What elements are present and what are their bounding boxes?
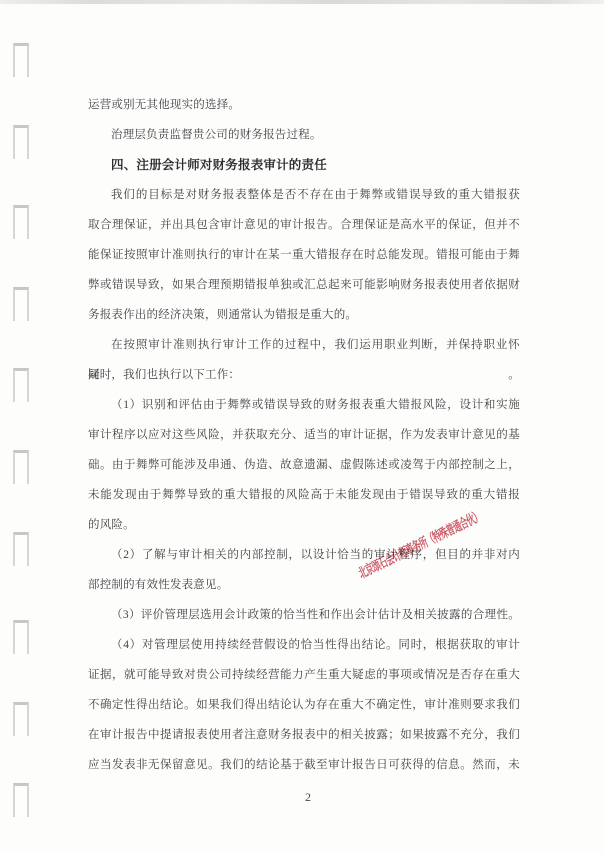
text-line: 弊或错误导致，如果合理预期错报单独或汇总起来可能影响财务报表使用者依据财	[88, 270, 520, 300]
text-line: 我们的目标是对财务报表整体是否不存在由于舞弊或错误导致的重大错报获	[88, 180, 520, 210]
text-line: 未能发现由于舞弊导致的重大错报的风险高于未能发现由于错误导致的重大错报	[88, 480, 520, 510]
page-number: 2	[0, 790, 604, 805]
binding-hole-mark	[13, 450, 29, 484]
binding-hole-mark	[13, 43, 29, 77]
binding-hole-mark	[13, 702, 29, 736]
text-line: 应当发表非无保留意见。我们的结论基于截至审计报告日可获得的信息。然而，未	[88, 750, 520, 780]
text-line: 证据，就可能导致对贵公司持续经营能力产生重大疑虑的事项或情况是否存在重大	[88, 660, 520, 690]
text-line: （1）识别和评估由于舞弊或错误导致的财务报表重大错报风险，设计和实施	[88, 390, 520, 420]
text-line: （4）对管理层使用持续经营假设的恰当性得出结论。同时，根据获取的审计	[88, 630, 520, 660]
binding-hole-mark	[13, 125, 29, 159]
section-heading: 四、注册会计师对财务报表审计的责任	[88, 150, 520, 180]
text-line: （3）评价管理层选用会计政策的恰当性和作出会计估计及相关披露的合理性。	[88, 600, 520, 630]
text-line: 础。由于舞弊可能涉及串通、伪造、故意遗漏、虚假陈述或凌驾于内部控制之上，	[88, 450, 520, 480]
scanned-document-page: 运营或别无其他现实的选择。治理层负责监督贵公司的财务报告过程。四、注册会计师对财…	[0, 0, 604, 854]
binding-hole-mark	[13, 368, 29, 402]
text-line: 在审计报告中提请报表使用者注意财务报表中的相关披露；如果披露不充分，我们	[88, 720, 520, 750]
text-block: 运营或别无其他现实的选择。治理层负责监督贵公司的财务报告过程。四、注册会计师对财…	[88, 90, 520, 780]
text-line: 务报表作出的经济决策，则通常认为错报是重大的。	[88, 300, 520, 330]
text-line: 在按照审计准则执行审计工作的过程中，我们运用职业判断，并保持职业怀疑。	[88, 330, 520, 360]
binding-hole-mark	[13, 620, 29, 654]
text-line: 审计程序以应对这些风险，并获取充分、适当的审计证据，作为发表审计意见的基	[88, 420, 520, 450]
binding-hole-mark	[13, 205, 29, 239]
binding-hole-mark	[13, 287, 29, 321]
text-line: 取合理保证，并出具包含审计意见的审计报告。合理保证是高水平的保证，但并不	[88, 210, 520, 240]
scan-top-edge-shadow	[0, 0, 604, 4]
text-line: 部控制的有效性发表意见。	[88, 570, 520, 600]
text-line: （2）了解与审计相关的内部控制，以设计恰当的审计程序，但目的并非对内	[88, 540, 520, 570]
text-line: 能保证按照审计准则执行的审计在某一重大错报存在时总能发现。错报可能由于舞	[88, 240, 520, 270]
text-line: 不确定性得出结论。如果我们得出结论认为存在重大不确定性，审计准则要求我们	[88, 690, 520, 720]
text-line: 运营或别无其他现实的选择。	[88, 90, 520, 120]
binding-hole-mark	[13, 532, 29, 566]
text-line: 治理层负责监督贵公司的财务报告过程。	[88, 120, 520, 150]
